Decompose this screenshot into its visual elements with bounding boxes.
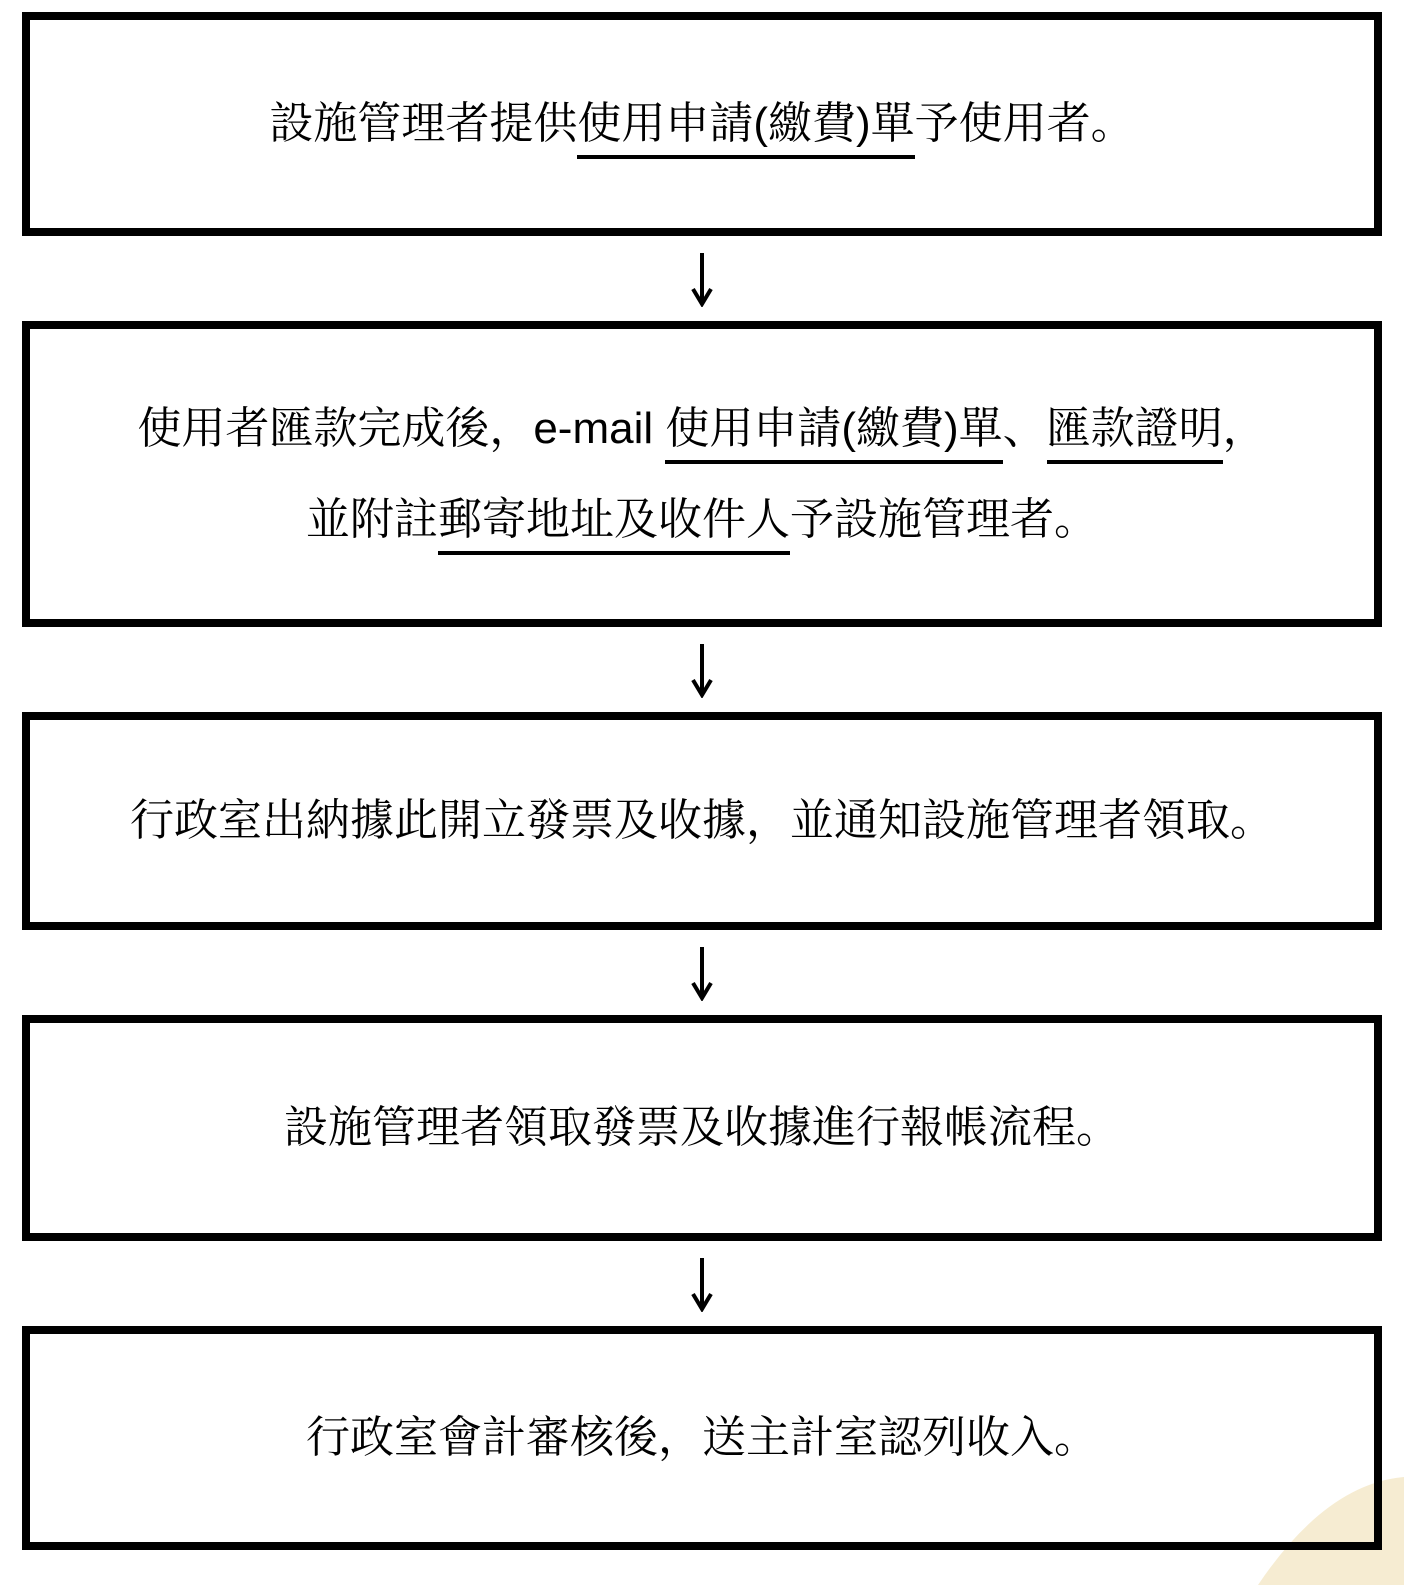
flow-step-text-line: 行政室出納據此開立發票及收據，並通知設施管理者領取。 xyxy=(130,795,1274,847)
flow-step-text-line: 設施管理者提供使用申請(繳費)單予使用者。 xyxy=(269,98,1134,150)
text-segment: 行政室出納據此開立發票及收據，並通知設施管理者領取。 xyxy=(130,796,1274,845)
underlined-text-segment: 匯款證明 xyxy=(1047,404,1223,464)
text-segment: 設施管理者領取發票及收據進行報帳流程。 xyxy=(284,1103,1120,1152)
flow-step-text-line: 行政室會計審核後，送主計室認列收入。 xyxy=(306,1412,1098,1464)
text-segment: 行政室會計審核後，送主計室認列收入。 xyxy=(306,1413,1098,1462)
arrow-connector xyxy=(22,236,1382,321)
flow-step-text-line: 設施管理者領取發票及收據進行報帳流程。 xyxy=(284,1102,1120,1154)
text-segment: 予使用者。 xyxy=(915,99,1135,148)
flow-step-box: 設施管理者提供使用申請(繳費)單予使用者。 xyxy=(22,12,1382,236)
text-segment: ， xyxy=(1223,404,1267,453)
underlined-text-segment: 郵寄地址及收件人 xyxy=(438,495,790,555)
flow-step-box: 行政室出納據此開立發票及收據，並通知設施管理者領取。 xyxy=(22,712,1382,930)
flow-step-text-line: 並附註郵寄地址及收件人予設施管理者。 xyxy=(306,494,1098,546)
down-arrow-icon xyxy=(689,945,715,1001)
flow-step-text-line: 使用者匯款完成後，e-mail 使用申請(繳費)單、匯款證明， xyxy=(137,403,1266,455)
underlined-text-segment: 使用申請(繳費)單 xyxy=(577,99,914,159)
underlined-text-segment: 使用申請(繳費)單 xyxy=(665,404,1002,464)
text-segment: 使用者匯款完成後，e-mail xyxy=(137,404,665,453)
text-segment: 設施管理者提供 xyxy=(269,99,577,148)
down-arrow-icon xyxy=(689,251,715,307)
flowchart-page: 設施管理者提供使用申請(繳費)單予使用者。使用者匯款完成後，e-mail 使用申… xyxy=(0,0,1404,1585)
flow-step-box: 使用者匯款完成後，e-mail 使用申請(繳費)單、匯款證明，並附註郵寄地址及收… xyxy=(22,321,1382,627)
arrow-connector xyxy=(22,930,1382,1015)
down-arrow-icon xyxy=(689,1256,715,1312)
text-segment: 予設施管理者。 xyxy=(790,495,1098,544)
down-arrow-icon xyxy=(689,642,715,698)
flow-step-box: 設施管理者領取發票及收據進行報帳流程。 xyxy=(22,1015,1382,1241)
text-segment: 、 xyxy=(1003,404,1047,453)
text-segment: 並附註 xyxy=(306,495,438,544)
arrow-connector xyxy=(22,627,1382,712)
arrow-connector xyxy=(22,1241,1382,1326)
flow-step-box: 行政室會計審核後，送主計室認列收入。 xyxy=(22,1326,1382,1550)
flowchart: 設施管理者提供使用申請(繳費)單予使用者。使用者匯款完成後，e-mail 使用申… xyxy=(0,0,1404,1550)
